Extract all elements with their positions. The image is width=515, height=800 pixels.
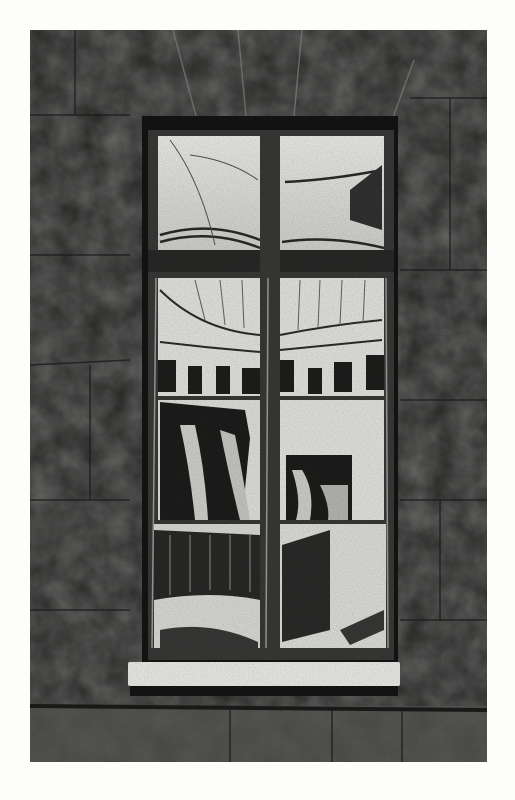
- window-photograph: [30, 30, 487, 762]
- photo-canvas: [30, 30, 487, 762]
